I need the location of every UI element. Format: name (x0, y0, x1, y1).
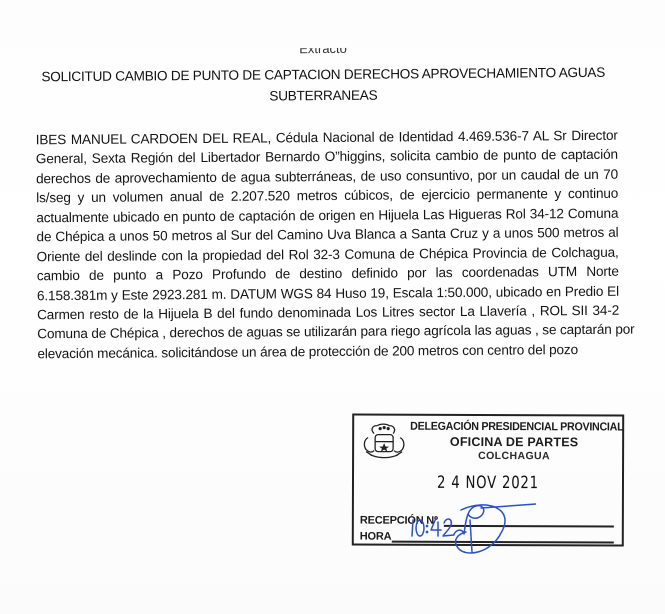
heading-partial-text: Extracto (299, 45, 347, 55)
reception-number-line (444, 525, 614, 528)
hour-label: HORA (360, 531, 392, 543)
scanned-page: Extracto SOLICITUD CAMBIO DE PUNTO DE CA… (0, 0, 665, 614)
document-paragraph: IBES MANUEL CARDOEN DEL REAL, Cédula Nac… (36, 126, 620, 364)
hour-line (392, 541, 614, 544)
heading-partial: Extracto (0, 45, 648, 58)
title-line-1: SOLICITUD CAMBIO DE PUNTO DE CAPTACION D… (38, 62, 608, 87)
document-title: SOLICITUD CAMBIO DE PUNTO DE CAPTACION D… (38, 62, 608, 108)
stamp-agency: DELEGACIÓN PRESIDENCIAL PROVINCIAL (410, 421, 603, 434)
reception-stamp: DELEGACIÓN PRESIDENCIAL PROVINCIAL OFICI… (352, 414, 624, 547)
chile-coat-of-arms-icon (360, 422, 408, 462)
title-line-2: SUBTERRANEAS (38, 83, 608, 108)
stamp-office: OFICINA DE PARTES (410, 435, 618, 450)
reception-number-label: RECEPCIÓN Nº (360, 515, 438, 527)
stamp-province: COLCHAGUA (410, 450, 618, 463)
stamp-date: 2 4 NOV 2021 (383, 473, 592, 494)
paragraph-line: elevación mecánica. solicitándose un áre… (37, 340, 619, 364)
